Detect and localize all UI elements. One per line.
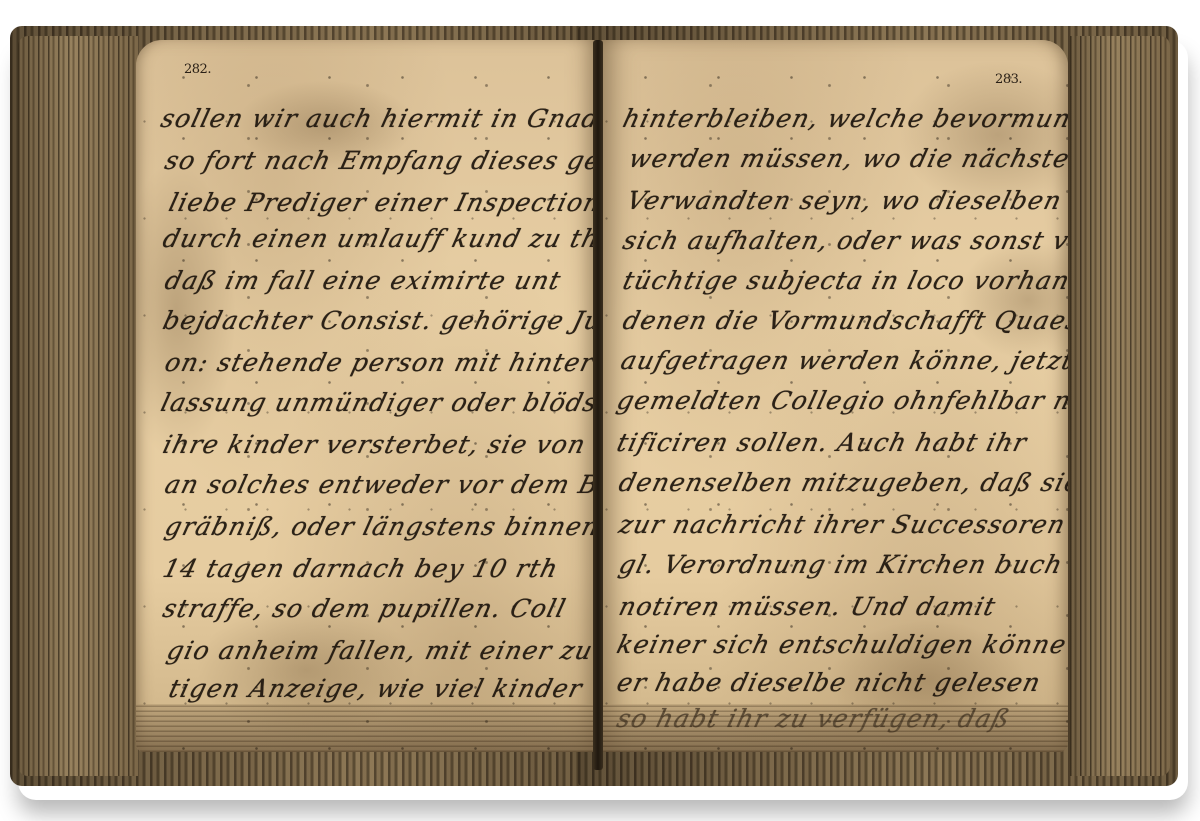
- handwritten-line: er habe dieselbe nicht gelesen: [614, 668, 1044, 697]
- handwritten-line: gräbniß, oder längstens binnen: [162, 512, 598, 541]
- handwritten-line: an solches entweder vor dem B: [162, 470, 598, 499]
- page-number-left: 282.: [184, 62, 211, 77]
- page-bottom-edge: [598, 704, 1068, 752]
- handwritten-line: tigen Anzeige, wie viel kinder: [166, 674, 586, 703]
- stain: [958, 240, 1068, 360]
- left-page: 282. sollen wir auch hiermit in Gnad so …: [136, 40, 598, 752]
- handwritten-line: gemeldten Collegio ohnfehlbar no: [614, 386, 1068, 415]
- page-number-right: 283.: [995, 72, 1022, 87]
- handwritten-line: so fort nach Empfang dieses ge: [162, 146, 598, 175]
- book-spine-gutter: [593, 40, 603, 770]
- open-book: 282. sollen wir auch hiermit in Gnad so …: [10, 26, 1178, 786]
- handwritten-line: werden müssen, wo die nächsten: [626, 144, 1068, 173]
- handwritten-line: bejdachter Consist. gehörige Jurisd: [160, 306, 598, 335]
- handwritten-line: straffe, so dem pupillen. Coll: [160, 594, 569, 623]
- handwritten-line: keiner sich entschuldigen könne: [614, 630, 1068, 659]
- handwritten-line: tüchtige subjecta in loco vorhanden: [620, 266, 1068, 295]
- handwritten-line: durch einen umlauff kund zu th: [160, 224, 598, 253]
- handwritten-line: lassung unmündiger oder blöds: [158, 388, 598, 417]
- page-bottom-edge: [136, 704, 598, 752]
- handwritten-line: aufgetragen werden könne, jetzt: [618, 346, 1068, 375]
- handwritten-line: denenselben mitzugeben, daß sie: [616, 468, 1068, 497]
- page-edges-right: [1070, 36, 1170, 776]
- page-edges-left: [18, 36, 138, 776]
- handwritten-line: gio anheim fallen, mit einer zu: [164, 636, 596, 665]
- handwritten-line: Verwandten seyn, wo dieselben: [624, 186, 1065, 215]
- handwritten-line: sollen wir auch hiermit in Gnad: [158, 104, 598, 133]
- handwritten-line: sich aufhalten, oder was sonst vor: [620, 226, 1068, 255]
- right-page: 283. hinterbleiben, welche bevormund wer…: [598, 40, 1068, 752]
- handwritten-line: daß im fall eine eximirte unt: [162, 266, 565, 295]
- handwritten-line: on: stehende person mit hinter: [162, 348, 598, 377]
- handwritten-line: gl. Verordnung im Kirchen buch: [616, 550, 1066, 579]
- handwritten-line: 14 tagen darnach bey 10 rth: [160, 554, 562, 583]
- handwritten-line: tificiren sollen. Auch habt ihr: [614, 428, 1030, 457]
- handwritten-line: liebe Prediger einer Inspection: [166, 188, 598, 217]
- handwritten-line: denen die Vormundschafft Quaestion: [620, 306, 1068, 335]
- handwritten-line: hinterbleiben, welche bevormund: [620, 104, 1068, 133]
- handwritten-line: zur nachricht ihrer Successoren der: [616, 510, 1068, 539]
- handwritten-line: ihre kinder versterbet, sie von ihm: [160, 430, 598, 459]
- handwritten-line: notiren müssen. Und damit: [616, 592, 999, 621]
